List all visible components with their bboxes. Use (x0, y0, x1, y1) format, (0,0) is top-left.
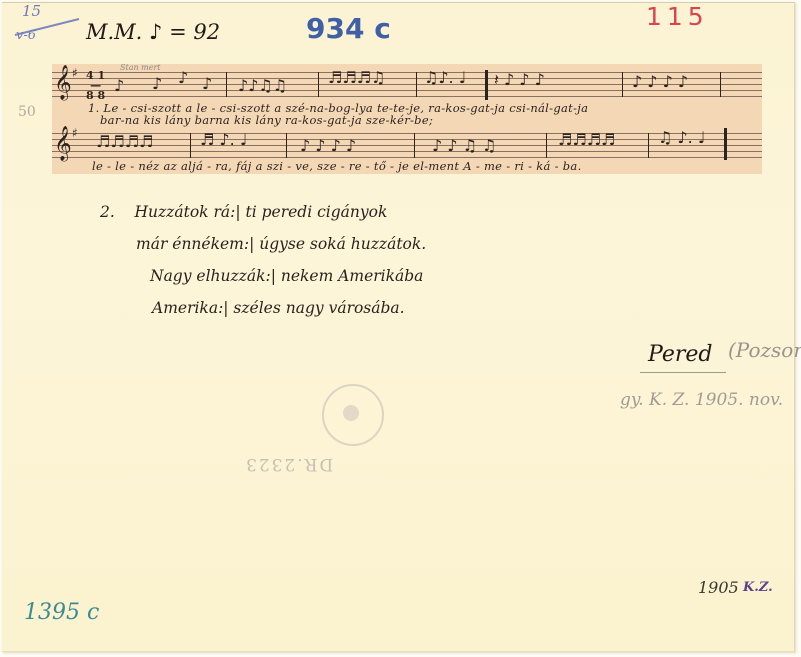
page-number: 115 (646, 2, 709, 31)
note: ♪ (202, 76, 212, 92)
treble-clef-icon: 𝄞 (54, 68, 72, 98)
place-underline (640, 372, 726, 373)
note: ♪ (178, 70, 188, 86)
catalog-number-blue: 934 c (306, 12, 391, 45)
treble-clef-icon: 𝄞 (54, 129, 72, 159)
barline (190, 133, 191, 158)
barline (648, 133, 649, 158)
pencil-note-above-staff: Stan mert (120, 63, 161, 72)
note: 𝄽 ♪ ♪ ♪ (494, 72, 545, 88)
stanza-line-4: Amerika:| széles nagy városába. (100, 292, 426, 324)
note: ♬♬♬♫ (328, 70, 385, 86)
lyrics-staff2: le - le - néz az aljá - ra, fáj a szi - … (92, 159, 582, 173)
note: ♪ ♪ ♪ ♪ (300, 138, 356, 154)
margin-number: 50 (18, 104, 36, 120)
barline (720, 72, 721, 97)
place-name: Pered (648, 342, 712, 367)
collector-note: gy. K. Z. 1905. nov. (620, 390, 783, 410)
pencil-fraction-numerator: 15 (22, 2, 41, 20)
note: ♫ ♪. ♩ (658, 130, 705, 146)
stanza-line-1: 2. Huzzátok rá:| ti peredi cigányok (100, 196, 426, 228)
bottom-left-number: 1395 c (24, 600, 99, 625)
tempo-marking: M.M. ♪ = 92 (86, 20, 220, 44)
bottom-initials: K.Z. (743, 580, 773, 595)
note: ♪ (152, 76, 162, 92)
sharp-icon: ♯ (72, 66, 78, 80)
barline (226, 72, 227, 97)
staff-2 (52, 133, 762, 158)
barline (622, 72, 623, 97)
note: ♪ (114, 78, 124, 94)
stanza-line-3: Nagy elhuzzák:| nekem Amerikába (100, 260, 426, 292)
note: ♪ ♪ ♫ ♫ (432, 138, 496, 154)
note: ♪♪♫♫ (238, 78, 287, 94)
library-stamp (322, 384, 384, 446)
final-barline (724, 128, 727, 160)
barline (286, 133, 287, 158)
barline (318, 72, 319, 97)
stanza-2: 2. Huzzátok rá:| ti peredi cigányok már … (100, 196, 426, 324)
note: ♪ ♪ ♪ ♪ (632, 74, 688, 90)
barline (546, 133, 547, 158)
note: ♫♪. ♩ (424, 70, 466, 86)
music-staff-paper: Stan mert 𝄞 ♯ 4 1—8 8 ♪ ♪ ♪ ♪ ♪♪♫♫ ♬♬♬♫ … (52, 64, 762, 174)
repeat-barline (485, 70, 488, 100)
barline (414, 133, 415, 158)
note: ♬ ♪. ♩ (200, 132, 247, 148)
note: ♬♬♬♬ (558, 132, 615, 148)
bottom-date: 1905 (698, 578, 739, 597)
region-name: (Pozsony) (728, 338, 801, 362)
note: ♬♬♬♬ (96, 134, 153, 150)
pencil-fraction-denominator: v-6 (16, 28, 36, 43)
sharp-icon: ♯ (72, 126, 78, 140)
stanza-line-2: már énnékem:| úgyse soká huzzátok. (100, 228, 426, 260)
barline (416, 72, 417, 97)
inverted-stamp-number: DR.2323 (244, 454, 333, 474)
lyrics-staff1-line2: bar-na kis lány barna kis lány ra-kos-ga… (100, 113, 433, 127)
time-signature: 4 1—8 8 (86, 71, 105, 101)
